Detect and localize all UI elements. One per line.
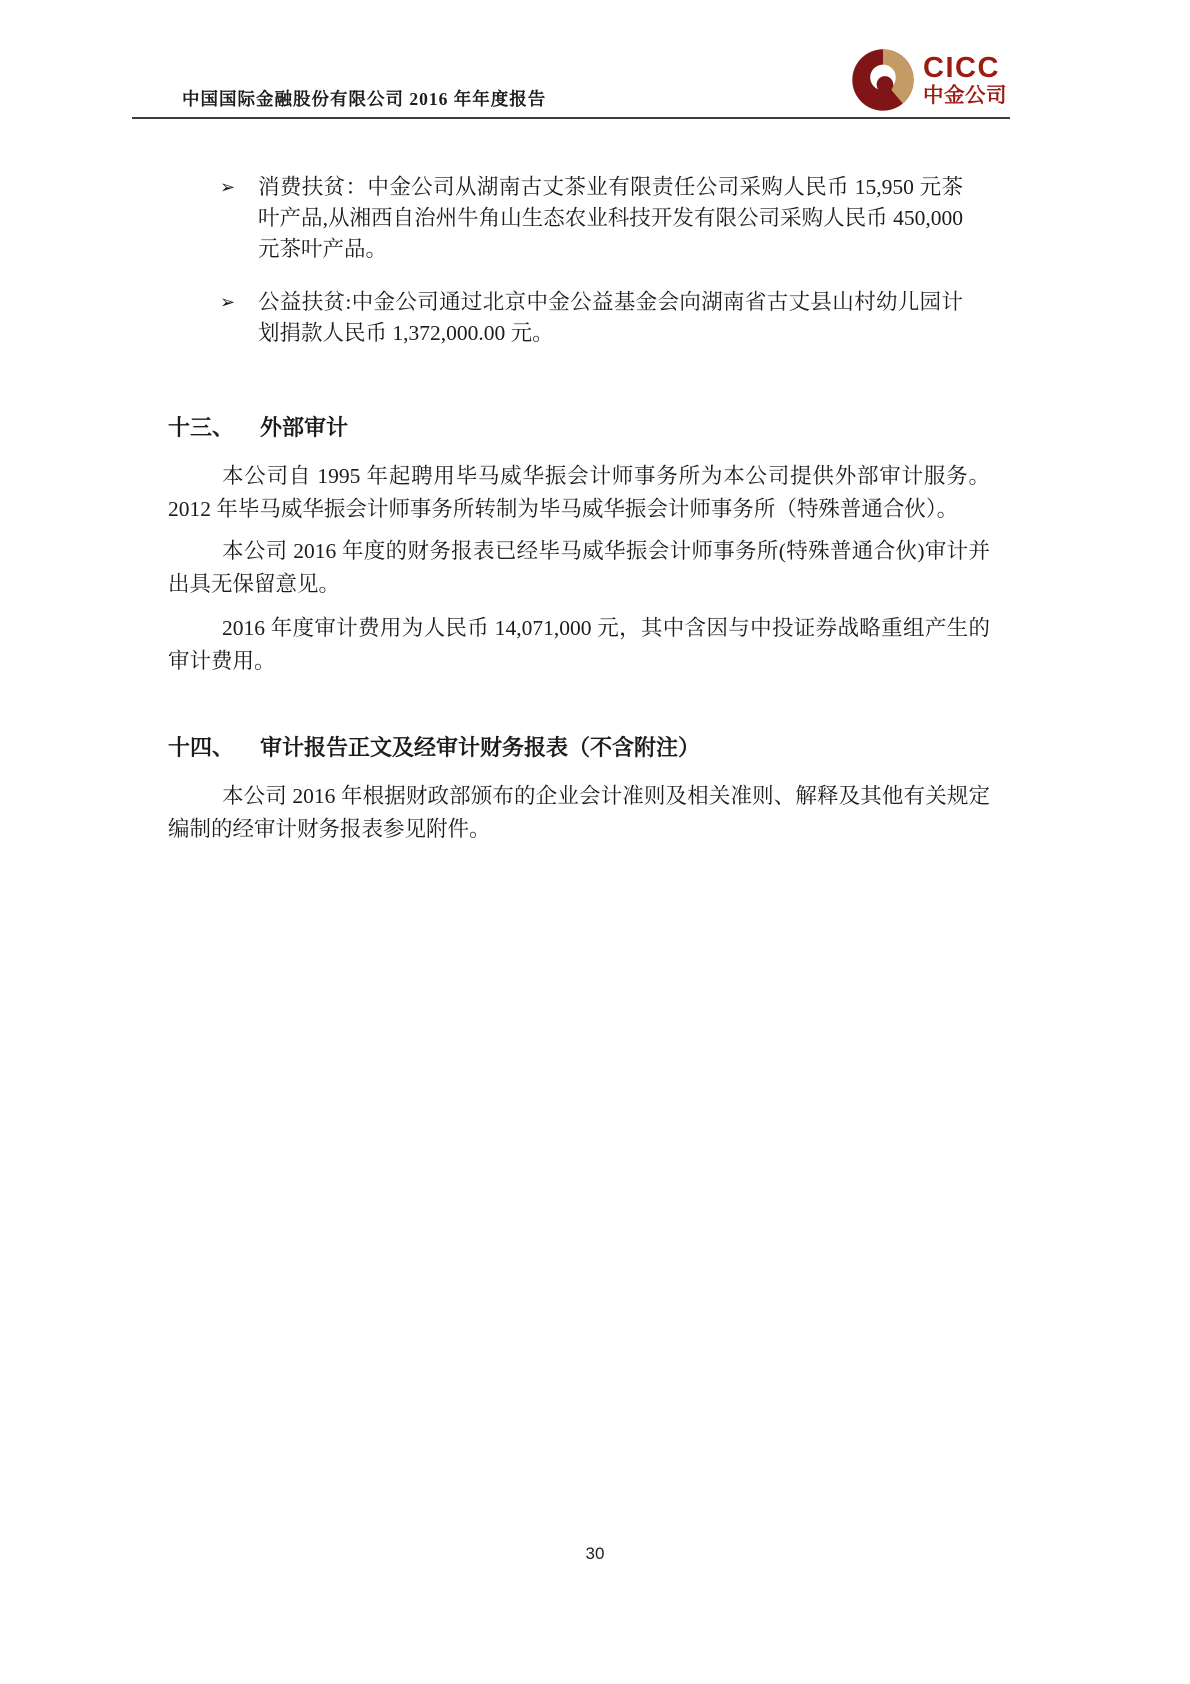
header-rule	[132, 117, 1010, 119]
section-heading-external-audit: 十三、外部审计	[168, 413, 990, 443]
bullet-item-consumption-poverty-relief: ➢ 消费扶贫：中金公司从湖南古丈茶业有限责任公司采购人民币 15,950 元茶叶…	[220, 172, 990, 265]
section-number: 十三、	[168, 415, 234, 440]
header-title: 中国国际金融股份有限公司 2016 年年度报告	[182, 86, 546, 111]
page-number: 30	[0, 1544, 1190, 1564]
section-heading-audit-report: 十四、审计报告正文及经审计财务报表（不含附注）	[168, 733, 990, 763]
logo-text: CICC 中金公司	[923, 54, 1007, 107]
report-page: 中国国际金融股份有限公司 2016 年年度报告 CICC 中金公司 ➢ 消费扶贫…	[0, 0, 1190, 1684]
logo-text-cn: 中金公司	[923, 86, 1007, 107]
bullet-text: 消费扶贫：中金公司从湖南古丈茶业有限责任公司采购人民币 15,950 元茶叶产品…	[258, 172, 963, 265]
cicc-logo: CICC 中金公司	[851, 48, 1007, 112]
cicc-logo-icon	[851, 48, 915, 112]
paragraph: 本公司自 1995 年起聘用毕马威华振会计师事务所为本公司提供外部审计服务。20…	[168, 460, 990, 526]
bullet-text: 公益扶贫:中金公司通过北京中金公益基金会向湖南省古丈县山村幼儿园计划捐款人民币 …	[258, 287, 963, 349]
section-number: 十四、	[168, 735, 234, 760]
document-body: ➢ 消费扶贫：中金公司从湖南古丈茶业有限责任公司采购人民币 15,950 元茶叶…	[168, 172, 990, 846]
arrow-bullet-icon: ➢	[220, 172, 258, 265]
paragraph: 2016 年度审计费用为人民币 14,071,000 元，其中含因与中投证券战略…	[168, 612, 990, 678]
section-title: 外部审计	[260, 415, 348, 440]
paragraph: 本公司 2016 年度的财务报表已经毕马威华振会计师事务所(特殊普通合伙)审计并…	[168, 535, 990, 601]
section-title: 审计报告正文及经审计财务报表（不含附注）	[260, 735, 700, 760]
bullet-item-public-welfare-poverty-relief: ➢ 公益扶贫:中金公司通过北京中金公益基金会向湖南省古丈县山村幼儿园计划捐款人民…	[220, 287, 990, 349]
arrow-bullet-icon: ➢	[220, 287, 258, 349]
logo-text-en: CICC	[923, 54, 1007, 83]
paragraph: 本公司 2016 年根据财政部颁布的企业会计准则及相关准则、解释及其他有关规定编…	[168, 780, 990, 846]
